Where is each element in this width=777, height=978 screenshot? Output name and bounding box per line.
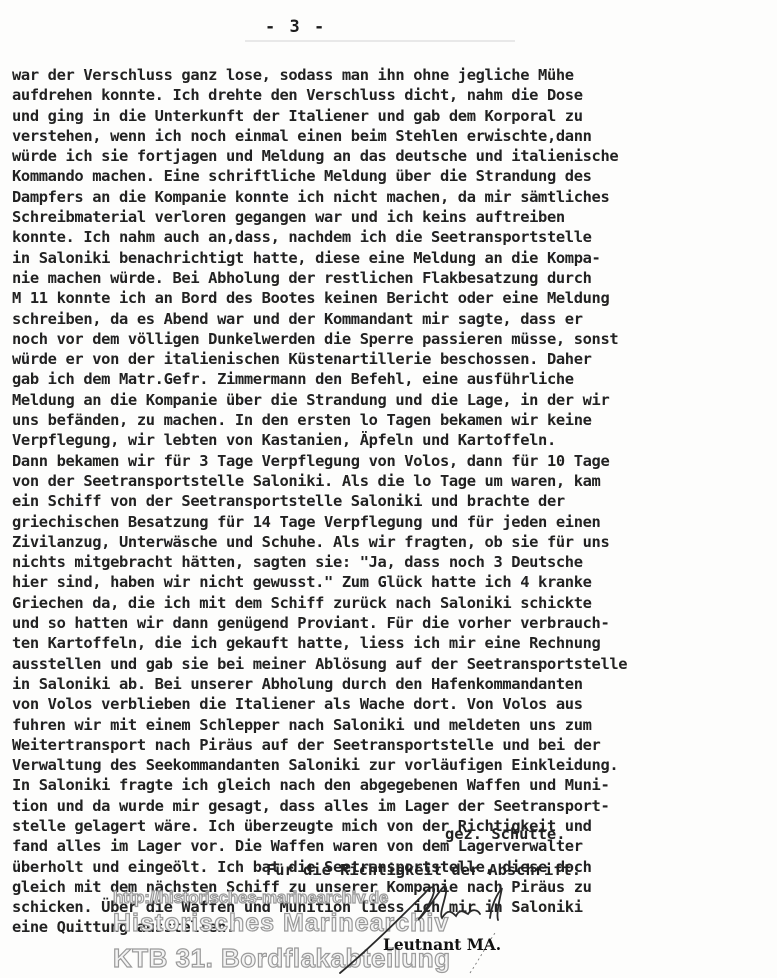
document-page: - 3 - war der Verschluss ganz lose, soda…	[0, 0, 777, 978]
text-line: Verwaltung des Seekommandanten Saloniki …	[12, 755, 777, 775]
text-line: uns befänden, zu machen. In den ersten l…	[12, 410, 777, 430]
handwritten-signature-icon	[320, 878, 540, 978]
signer-rank: Leutnant MA.	[383, 936, 501, 954]
text-line: schreiben, da es Abend war und der Komma…	[12, 309, 777, 329]
text-line: Dann bekamen wir für 3 Tage Verpflegung …	[12, 451, 777, 471]
text-line: hier sind, haben wir nicht gewusst." Zum…	[12, 572, 777, 592]
text-line: ausstellen und gab sie bei meiner Ablösu…	[12, 654, 777, 674]
certification-line: Für die Richtigkeit der Abschrift:	[266, 861, 581, 879]
text-line: Meldung an die Kompanie über die Strandu…	[12, 390, 777, 410]
text-line: Schreibmaterial verloren gegangen war un…	[12, 207, 777, 227]
closing-signature-line: gez. Schütte.	[445, 825, 565, 843]
text-line: nichts mitgebracht hätten, sagten sie: "…	[12, 552, 777, 572]
text-line: fuhren wir mit einem Schlepper nach Salo…	[12, 715, 777, 735]
text-line: tion und da wurde mir gesagt, dass alles…	[12, 796, 777, 816]
page-number: - 3 -	[265, 17, 326, 37]
text-line: nie machen würde. Bei Abholung der restl…	[12, 268, 777, 288]
text-line: fand alles im Lager vor. Die Waffen ware…	[12, 836, 777, 856]
text-line: Weitertransport nach Piräus auf der Seet…	[12, 735, 777, 755]
text-line: Zivilanzug, Unterwäsche und Schuhe. Als …	[12, 532, 777, 552]
text-line: in Saloniki benachrichtigt hatte, diese …	[12, 248, 777, 268]
text-line: in Saloniki ab. Bei unserer Abholung dur…	[12, 674, 777, 694]
text-line: verstehen, wenn ich noch einmal einen be…	[12, 126, 777, 146]
text-line: war der Verschluss ganz lose, sodass man…	[12, 65, 777, 85]
scan-artifact-line	[245, 40, 515, 42]
text-line: würde er von der italienischen Küstenart…	[12, 349, 777, 369]
text-line: noch vor dem völligen Dunkelwerden die S…	[12, 329, 777, 349]
text-line: und so hatten wir dann genügend Proviant…	[12, 613, 777, 633]
text-line: und ging in die Unterkunft der Italiener…	[12, 106, 777, 126]
text-line: M 11 konnte ich an Bord des Bootes keine…	[12, 288, 777, 308]
text-line: konnte. Ich nahm auch an,dass, nachdem i…	[12, 227, 777, 247]
text-line: ten Kartoffeln, die ich gekauft hatte, l…	[12, 633, 777, 653]
text-line: aufdrehen konnte. Ich drehte den Verschl…	[12, 85, 777, 105]
text-line: griechischen Besatzung für 14 Tage Verpf…	[12, 512, 777, 532]
text-line: Griechen da, die ich mit dem Schiff zurü…	[12, 593, 777, 613]
text-line: von Volos verblieben die Italiener als W…	[12, 694, 777, 714]
text-line: gab ich dem Matr.Gefr. Zimmermann den Be…	[12, 369, 777, 389]
document-body: war der Verschluss ganz lose, sodass man…	[12, 65, 777, 938]
text-line: ein Schiff von der Seetransportstelle Sa…	[12, 491, 777, 511]
text-line: Dampfers an die Kompanie konnte ich nich…	[12, 187, 777, 207]
text-line: In Saloniki fragte ich gleich nach den a…	[12, 775, 777, 795]
text-line: würde ich sie fortjagen und Meldung an d…	[12, 146, 777, 166]
text-line: Kommando machen. Eine schriftliche Meldu…	[12, 166, 777, 186]
text-line: Verpflegung, wir lebten von Kastanien, Ä…	[12, 430, 777, 450]
text-line: von der Seetransportstelle Saloniki. Als…	[12, 471, 777, 491]
text-line: stelle gelagert wäre. Ich überzeugte mic…	[12, 816, 777, 836]
